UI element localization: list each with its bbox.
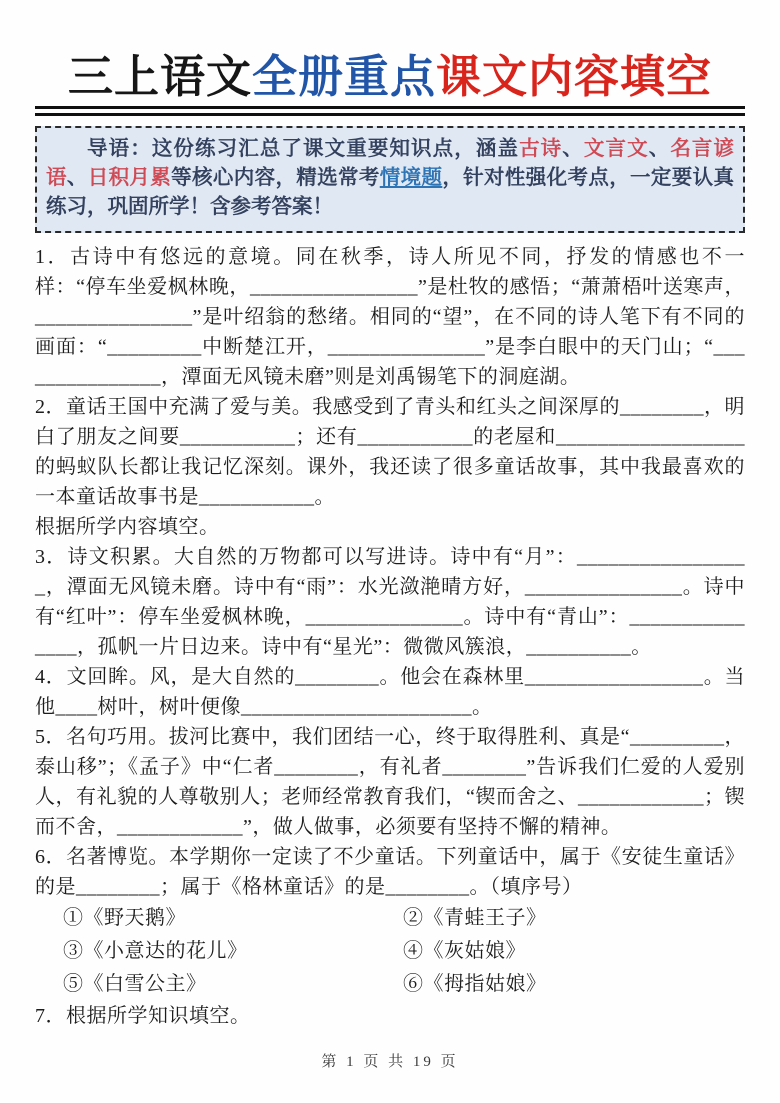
intro-delim3: 、 (67, 167, 88, 189)
intro-highlight-qingjingti: 情境题 (380, 167, 443, 189)
page-title: 三上语文全册重点课文内容填空 (35, 52, 745, 102)
intro-seg1: 这份练习汇总了课文重要知识点，涵盖 (152, 138, 519, 160)
question-2-note: 根据所学内容填空。 (35, 512, 745, 542)
intro-text: 导语：这份练习汇总了课文重要知识点，涵盖古诗、文言文、名言谚语、日积月累等核心内… (46, 135, 734, 222)
question-1: 1．古诗中有悠远的意境。同在秋季，诗人所见不同，抒发的情感也不一样：“停车坐爱枫… (35, 242, 745, 392)
tale-option-5: ⑤《白雪公主》 (63, 968, 403, 1001)
question-list: 1．古诗中有悠远的意境。同在秋季，诗人所见不同，抒发的情感也不一样：“停车坐爱枫… (35, 242, 745, 1031)
question-5: 5．名句巧用。拔河比赛中，我们团结一心，终于取得胜利、真是“_________，… (35, 722, 745, 842)
title-part-black: 三上语文 (68, 51, 252, 102)
tale-option-1: ①《野天鹅》 (63, 902, 403, 935)
intro-seg2: 等核心内容，精选常考 (171, 167, 380, 189)
worksheet-page: 三上语文全册重点课文内容填空 导语：这份练习汇总了课文重要知识点，涵盖古诗、文言… (0, 0, 780, 1103)
intro-lead: 导语： (87, 138, 152, 160)
question-2: 2．童话王国中充满了爱与美。我感受到了青头和红头之间深厚的________，明白… (35, 392, 745, 512)
tale-option-6: ⑥《拇指姑娘》 (403, 968, 745, 1001)
title-part-red: 课文内容填空 (436, 51, 712, 102)
page-footer: 第 1 页 共 19 页 (0, 1050, 780, 1071)
intro-delim1: 、 (562, 138, 584, 160)
question-6: 6．名著博览。本学期你一定读了不少童话。下列童话中，属于《安徒生童话》的是___… (35, 842, 745, 902)
intro-highlight-gushi: 古诗 (519, 138, 562, 160)
tale-option-3: ③《小意达的花儿》 (63, 935, 403, 968)
question-6-options: ①《野天鹅》 ②《青蛙王子》 ③《小意达的花儿》 ④《灰姑娘》 ⑤《白雪公主》 … (63, 902, 745, 1001)
question-4: 4．文回眸。风，是大自然的________。他会在森林里____________… (35, 662, 745, 722)
title-divider (35, 106, 745, 116)
intro-delim2: 、 (649, 138, 671, 160)
intro-highlight-wenyanwen: 文言文 (584, 138, 649, 160)
question-7: 7．根据所学知识填空。 (35, 1001, 745, 1031)
intro-box: 导语：这份练习汇总了课文重要知识点，涵盖古诗、文言文、名言谚语、日积月累等核心内… (35, 126, 745, 233)
title-part-blue: 全册重点 (252, 51, 436, 102)
tale-option-4: ④《灰姑娘》 (403, 935, 745, 968)
tale-option-2: ②《青蛙王子》 (403, 902, 745, 935)
intro-highlight-rijiyuelei: 日积月累 (88, 167, 171, 189)
question-3: 3．诗文积累。大自然的万物都可以写进诗。诗中有“月”：_____________… (35, 542, 745, 662)
